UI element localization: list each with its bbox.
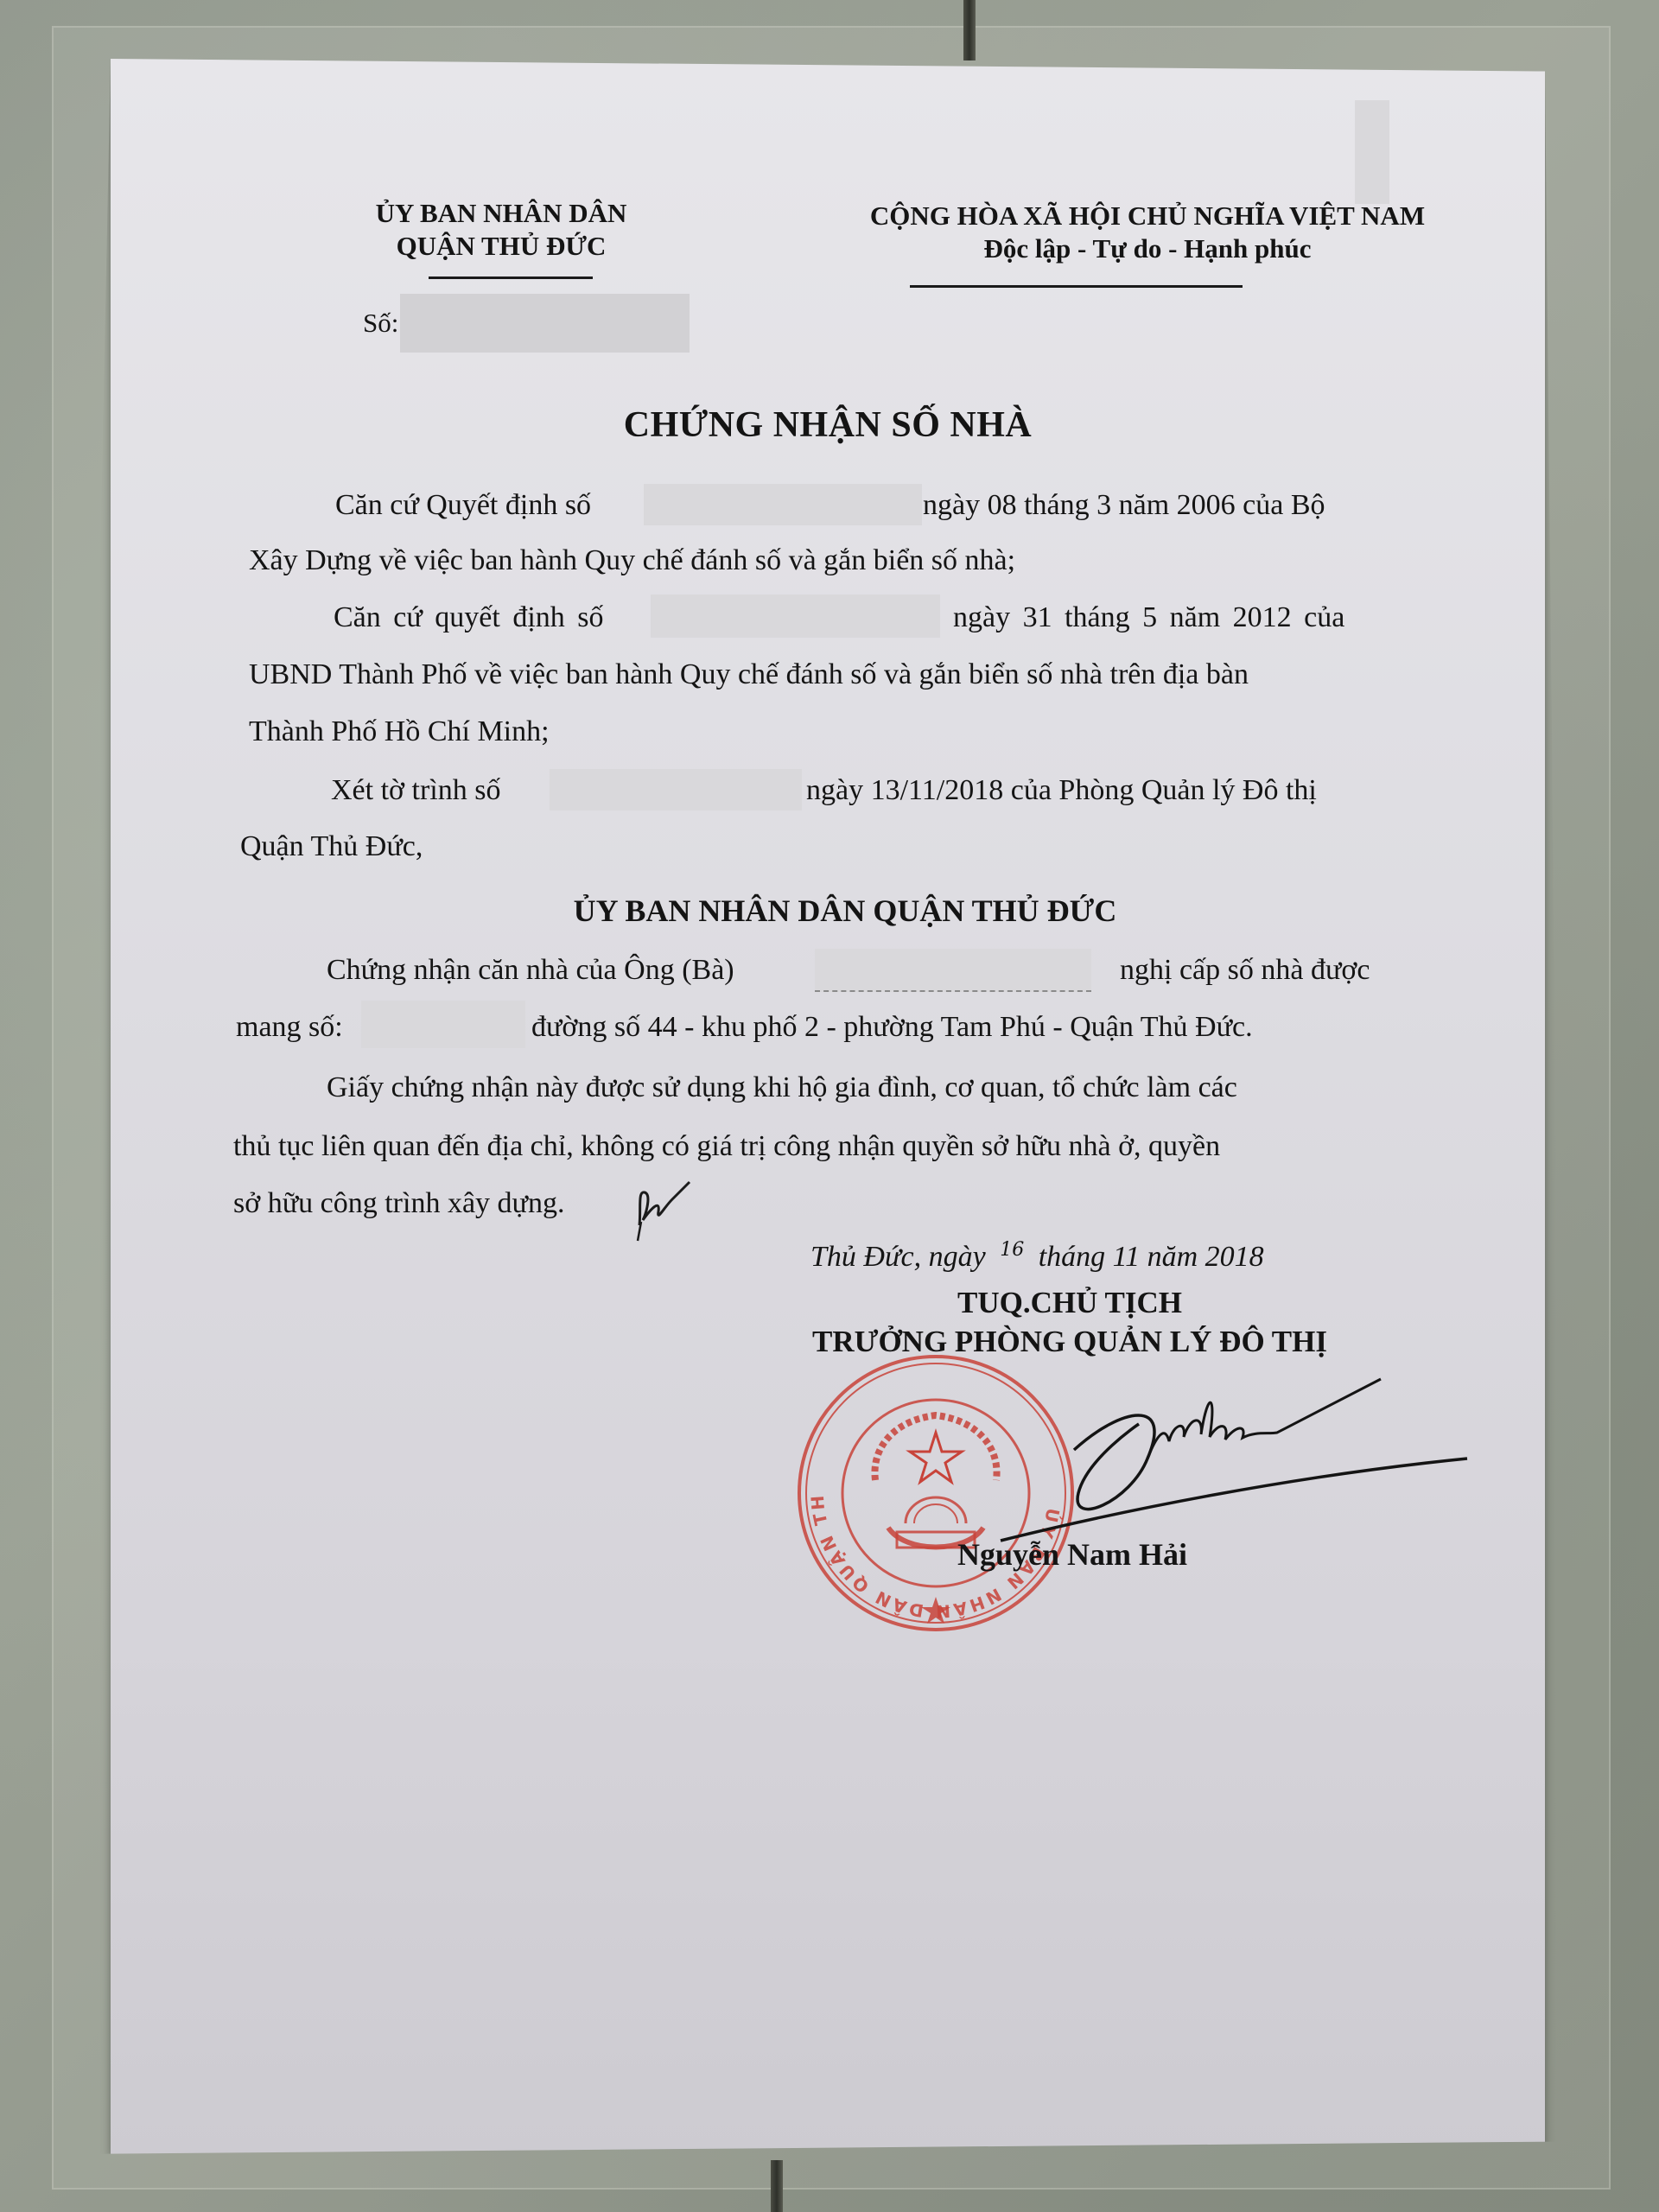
body-line: Chứng nhận căn nhà của Ông (Bà)	[327, 954, 734, 987]
body-line: Thành Phố Hồ Chí Minh;	[249, 715, 550, 748]
p5-text-a: Giấy chứng nhận này được sử dụng khi hộ …	[327, 1071, 1237, 1103]
p4-text-a: Chứng nhận căn nhà của Ông (Bà)	[327, 954, 734, 986]
owner-name-redacted	[815, 949, 1091, 992]
binder-rod-bottom	[771, 2160, 783, 2212]
p1-text-a: Căn cứ Quyết định số	[335, 489, 591, 521]
motto-underline	[910, 285, 1243, 288]
document-number-redacted	[400, 294, 690, 353]
authority-heading: ỦY BAN NHÂN DÂN QUẬN THỦ ĐỨC	[197, 893, 1493, 929]
body-line: ngày 13/11/2018 của Phòng Quản lý Đô thị	[806, 774, 1317, 807]
body-line: thủ tục liên quan đến địa chỉ, không có …	[233, 1130, 1220, 1163]
p4-text-c: mang số:	[236, 1011, 343, 1043]
decision-2006-redacted	[644, 484, 922, 525]
body-line: Quận Thủ Đức,	[240, 830, 423, 863]
body-line: sở hữu công trình xây dựng.	[233, 1187, 564, 1220]
signer-name: Nguyễn Nam Hải	[957, 1536, 1187, 1573]
body-line: UBND Thành Phố về việc ban hành Quy chế …	[249, 658, 1249, 691]
p3-text-a: Xét tờ trình số	[331, 774, 500, 806]
issuer-underline	[429, 276, 593, 279]
body-line: Căn cứ quyết định số	[334, 601, 604, 634]
p2-text-d: Thành Phố Hồ Chí Minh;	[249, 715, 550, 747]
certificate-page: ỦY BAN NHÂN DÂN QUẬN THỦ ĐỨC CỘNG HÒA XÃ…	[111, 59, 1545, 2154]
body-line: Căn cứ Quyết định số	[335, 489, 591, 522]
date-day-handwritten: 16	[1000, 1239, 1024, 1261]
body-line: mang số:	[236, 1011, 343, 1044]
binder-rod-top	[963, 0, 976, 60]
p5-text-b: thủ tục liên quan đến địa chỉ, không có …	[233, 1130, 1220, 1162]
document-title: CHỨNG NHẬN SỐ NHÀ	[111, 404, 1545, 446]
p2-text-b: ngày 31 tháng 5 năm 2012 của	[953, 601, 1344, 633]
national-header: CỘNG HÒA XÃ HỘI CHỦ NGHĨA VIỆT NAM Độc l…	[741, 200, 1554, 265]
document-number-label: Số:	[363, 308, 398, 339]
p1-text-b: ngày 08 tháng 3 năm 2006 của Bộ	[923, 489, 1325, 521]
issuer-header: ỦY BAN NHÂN DÂN QUẬN THỦ ĐỨC	[337, 197, 665, 263]
p4-text-b: nghị cấp số nhà được	[1120, 954, 1370, 986]
house-number-redacted	[361, 1001, 525, 1048]
p2-text-c: UBND Thành Phố về việc ban hành Quy chế …	[249, 658, 1249, 690]
p5-text-c: sở hữu công trình xây dựng.	[233, 1187, 564, 1219]
body-line: ngày 31 tháng 5 năm 2012 của	[953, 601, 1344, 634]
decision-2012-redacted	[651, 594, 940, 638]
country-name: CỘNG HÒA XÃ HỘI CHỦ NGHĨA VIỆT NAM	[741, 200, 1554, 232]
body-line: nghị cấp số nhà được	[1120, 954, 1370, 987]
issuer-line2: QUẬN THỦ ĐỨC	[337, 230, 665, 263]
body-line: Xét tờ trình số	[331, 774, 500, 807]
date-prefix: Thủ Đức, ngày	[810, 1241, 986, 1273]
body-line: Giấy chứng nhận này được sử dụng khi hộ …	[327, 1071, 1237, 1104]
p3-text-c: Quận Thủ Đức,	[240, 830, 423, 862]
p2-text-a: Căn cứ quyết định số	[334, 601, 604, 633]
p1-text-c: Xây Dựng về việc ban hành Quy chế đánh s…	[249, 544, 1015, 576]
handwritten-initial-icon	[629, 1173, 707, 1243]
national-motto: Độc lập - Tự do - Hạnh phúc	[741, 232, 1554, 265]
body-line: đường số 44 - khu phố 2 - phường Tam Phú…	[531, 1011, 1253, 1044]
signer-role-1: TUQ.CHỦ TỊCH	[750, 1286, 1389, 1320]
p4-text-d: đường số 44 - khu phố 2 - phường Tam Phú…	[531, 1011, 1253, 1043]
issuer-line1: ỦY BAN NHÂN DÂN	[337, 197, 665, 230]
p3-text-b: ngày 13/11/2018 của Phòng Quản lý Đô thị	[806, 774, 1317, 806]
body-line: ngày 08 tháng 3 năm 2006 của Bộ	[923, 489, 1325, 522]
issue-date: Thủ Đức, ngày 16 tháng 11 năm 2018	[810, 1241, 1264, 1274]
redaction-box	[1355, 100, 1389, 204]
date-suffix: tháng 11 năm 2018	[1039, 1241, 1264, 1273]
body-line: Xây Dựng về việc ban hành Quy chế đánh s…	[249, 544, 1015, 577]
submission-number-redacted	[550, 769, 802, 810]
